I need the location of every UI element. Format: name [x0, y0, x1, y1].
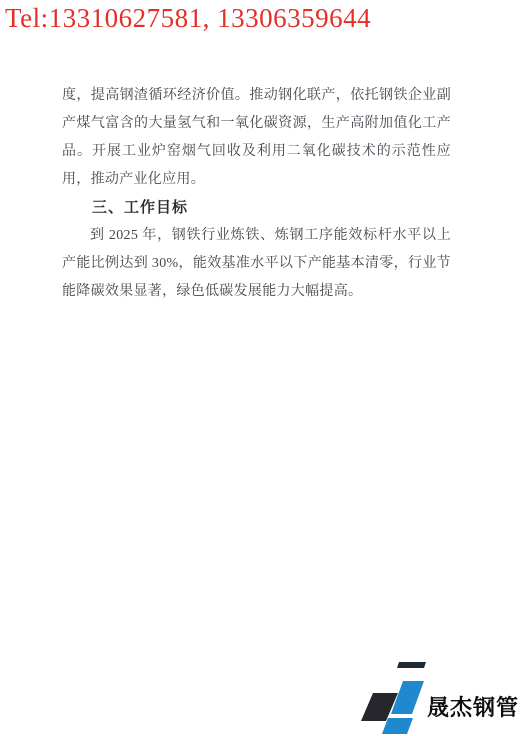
section-heading: 三、工作目标 — [62, 194, 451, 222]
logo-dark-shape — [361, 693, 398, 721]
phone-watermark: Tel:13310627581, 13306359644 — [5, 2, 371, 34]
logo-company-name: 晟杰钢管 — [427, 694, 519, 722]
paragraph-goals: 到 2025 年，钢铁行业炼铁、炼钢工序能效标杆水平以上产能比例达到 30%，能… — [62, 222, 451, 306]
logo-mark-icon — [355, 660, 435, 736]
logo-lower-blue-shape — [382, 718, 413, 734]
paragraph-continuation: 度，提高钢渣循环经济价值。推动钢化联产，依托钢铁企业副产煤气富含的大量氢气和一氧… — [62, 82, 451, 194]
document-body: 度，提高钢渣循环经济价值。推动钢化联产，依托钢铁企业副产煤气富含的大量氢气和一氧… — [62, 82, 451, 306]
document-page: Tel:13310627581, 13306359644 度，提高钢渣循环经济价… — [0, 0, 520, 736]
company-logo: 晟杰钢管 — [352, 660, 520, 736]
logo-sliver-shape — [397, 662, 426, 668]
